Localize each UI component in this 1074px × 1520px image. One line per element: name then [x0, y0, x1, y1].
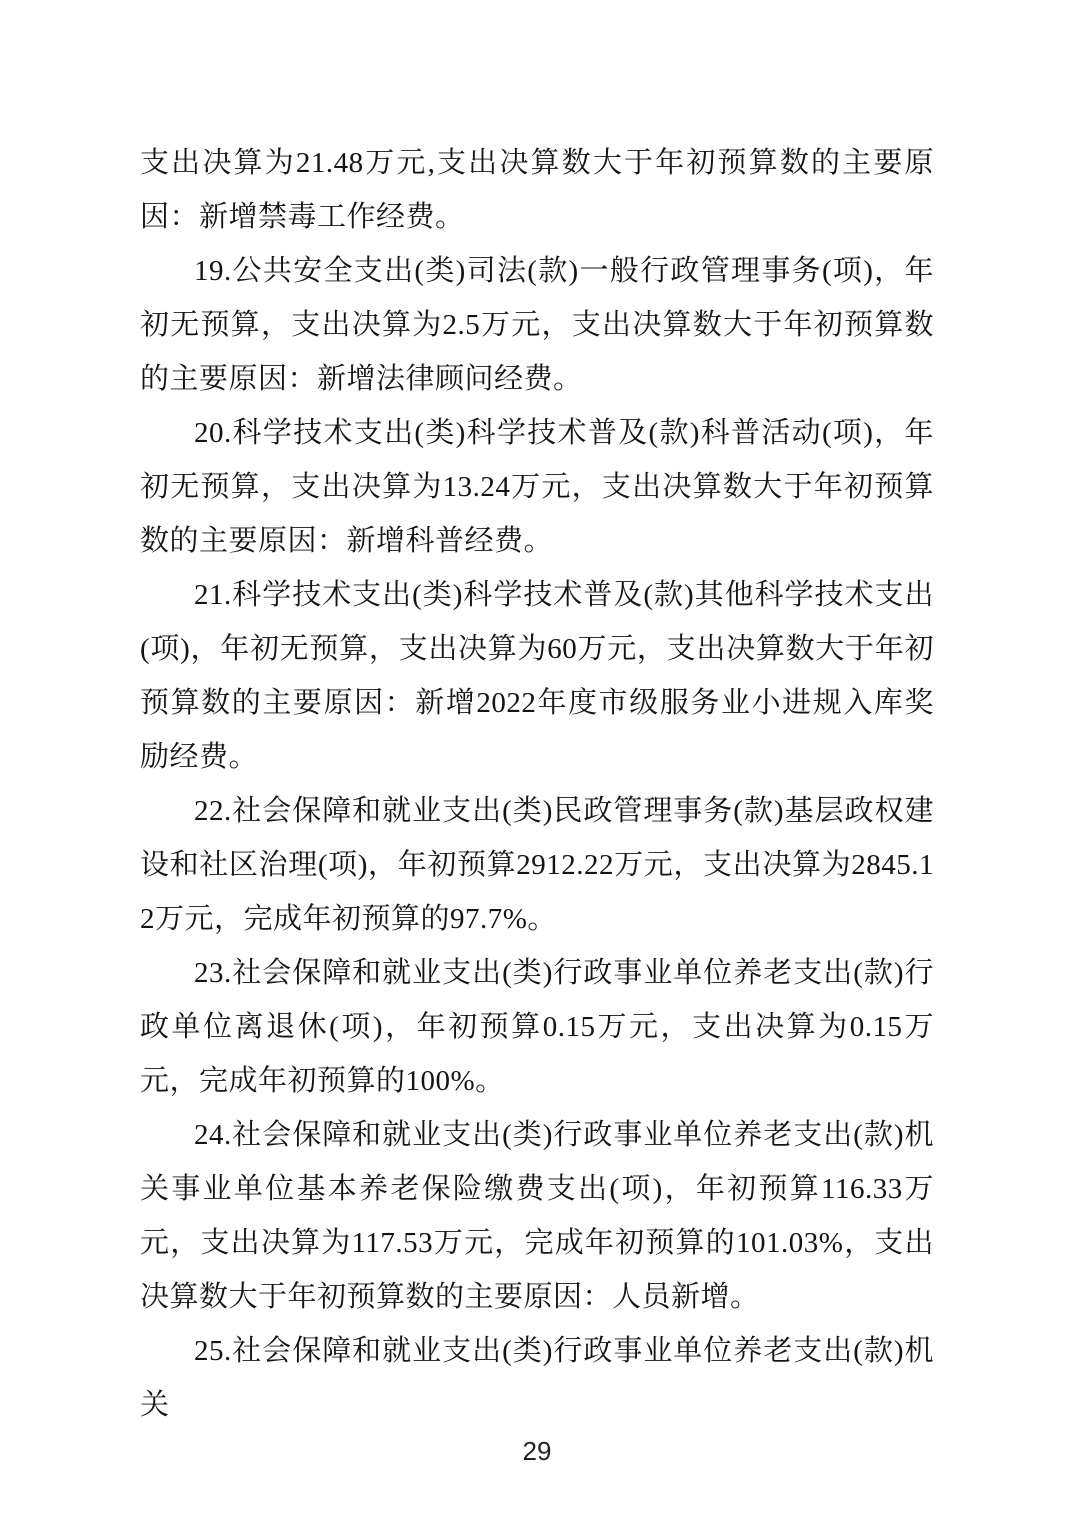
- page-number: 29: [0, 1436, 1074, 1466]
- document-page: 支出决算为21.48万元,支出决算数大于年初预算数的主要原因：新增禁毒工作经费。…: [0, 0, 1074, 1520]
- paragraph: 22.社会保障和就业支出(类)民政管理事务(款)基层政权建设和社区治理(项)，年…: [140, 784, 934, 946]
- paragraph: 支出决算为21.48万元,支出决算数大于年初预算数的主要原因：新增禁毒工作经费。: [140, 136, 934, 244]
- paragraph: 25.社会保障和就业支出(类)行政事业单位养老支出(款)机关: [140, 1324, 934, 1432]
- paragraph: 21.科学技术支出(类)科学技术普及(款)其他科学技术支出(项)，年初无预算，支…: [140, 568, 934, 784]
- document-body: 支出决算为21.48万元,支出决算数大于年初预算数的主要原因：新增禁毒工作经费。…: [140, 136, 934, 1432]
- paragraph: 23.社会保障和就业支出(类)行政事业单位养老支出(款)行政单位离退休(项)，年…: [140, 946, 934, 1108]
- paragraph: 20.科学技术支出(类)科学技术普及(款)科普活动(项)，年初无预算，支出决算为…: [140, 406, 934, 568]
- paragraph: 19.公共安全支出(类)司法(款)一般行政管理事务(项)，年初无预算，支出决算为…: [140, 244, 934, 406]
- paragraph: 24.社会保障和就业支出(类)行政事业单位养老支出(款)机关事业单位基本养老保险…: [140, 1108, 934, 1324]
